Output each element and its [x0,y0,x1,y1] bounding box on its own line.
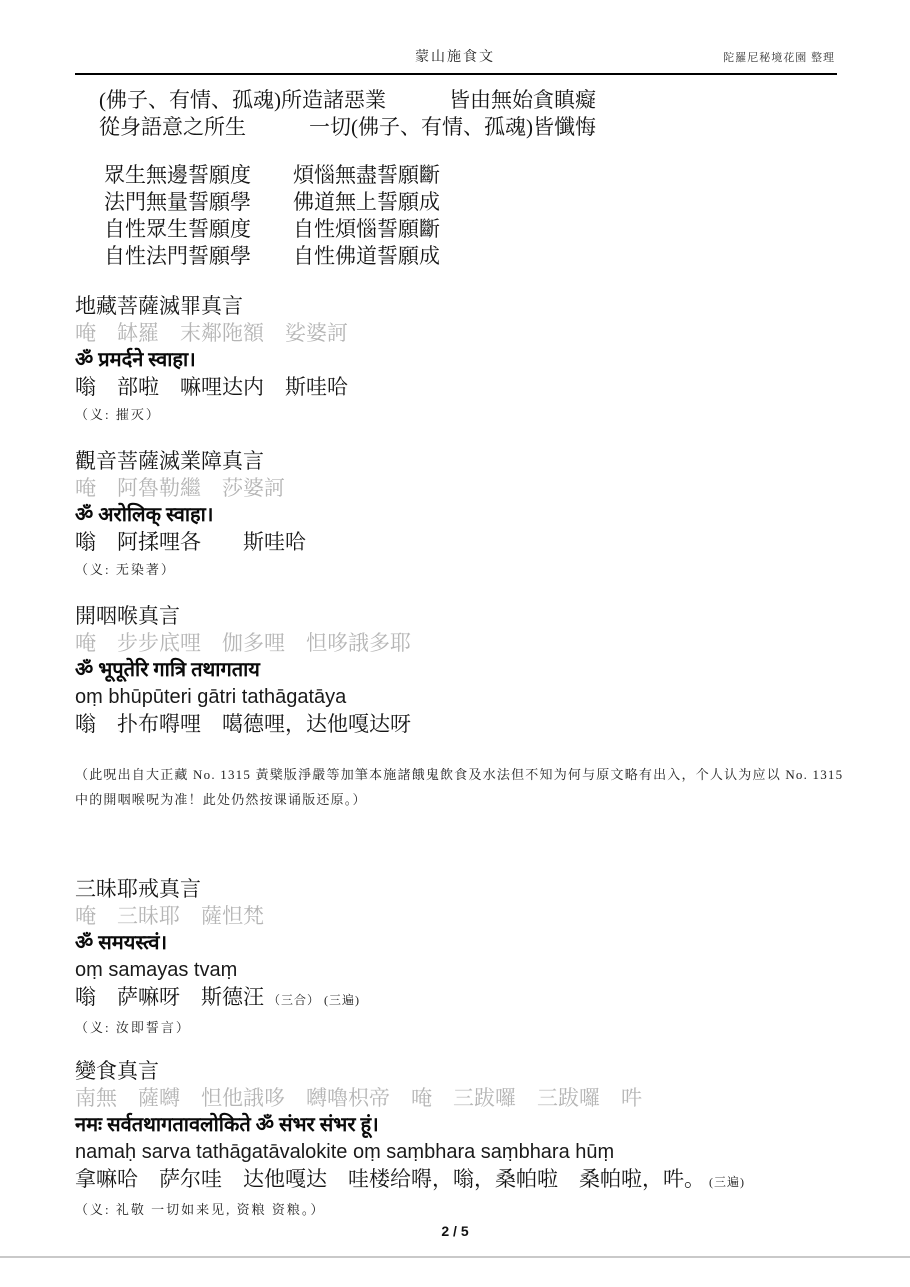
mantra-meaning: （义: 汝即誓言） [75,1016,360,1040]
vow-line-3: 自性眾生誓願度 自性煩惱誓願斷 [104,216,440,243]
mantra-romanization: oṃ bhūpūteri gātri tathāgatāya [75,684,411,711]
mantra-devanagari: ॐ समयस्त्वं। [75,930,360,957]
page-header: 蒙山施食文 陀羅尼秘境花園 整理 [75,46,835,68]
vow-line-4: 自性法門誓願學 自性佛道誓願成 [104,243,440,270]
mantra-meaning: （义: 礼敬 一切如来见, 资粮 资粮。） [75,1198,745,1222]
mantra-romanization: namaḥ sarva tathāgatāvalokite oṃ saṃbhar… [75,1139,745,1166]
mantra-devanagari: नमः सर्वतथागतावलोकिते ॐ संभर संभर हूं। [75,1112,745,1139]
page-number: 2 / 5 [0,1223,910,1239]
mantra-repeat-note: (三遍) [709,1175,745,1189]
mantra-section-dizang: 地藏菩薩滅罪真言 唵 缽羅 末鄰陁額 娑婆訶 ॐ प्रमर्दने स्वाह… [75,293,348,427]
bottom-page-divider [0,1256,910,1258]
mantra-devanagari: ॐ प्रमर्दने स्वाहा। [75,347,348,374]
mantra-devanagari: ॐ भूपूतेरि गात्रि तथागताय [75,657,411,684]
mantra-repeat-note: （三合） (三遍) [268,993,360,1007]
mantra-title: 開咽喉真言 [75,603,411,630]
mantra-reading: 嗡 扑布嘚哩 噶德哩，达他嘎达呀 [75,711,411,738]
mantra-reading: 嗡 萨嘛呀 斯德汪 [75,985,264,1009]
mantra-reading: 嗡 部啦 嘛哩达内 斯哇哈 [75,374,348,401]
mantra-title: 觀音菩薩滅業障真言 [75,448,306,475]
mantra-reading: 拿嘛哈 萨尔哇 达他嘎达 哇楼给嘚，嗡，桑帕啦 桑帕啦，吽。 [75,1167,705,1191]
document-title: 蒙山施食文 [75,46,835,66]
mantra-romanization: oṃ samayas tvaṃ [75,957,360,984]
mantra-title: 地藏菩薩滅罪真言 [75,293,348,320]
mantra-devanagari: ॐ अरोलिक् स्वाहा। [75,502,306,529]
repentance-line-1: (佛子、有情、孤魂)所造諸惡業 皆由無始貪瞋癡 [99,87,596,114]
mantra-meaning: （义: 无染著） [75,558,306,582]
mantra-phonetic-traditional: 唵 缽羅 末鄰陁額 娑婆訶 [75,320,348,347]
mantra-phonetic-traditional: 唵 三昧耶 薩怛梵 [75,903,360,930]
editor-note: （此呪出自大正藏 No. 1315 黃檗版淨嚴等加筆本施諸餓鬼飲食及水法但不知为… [75,762,859,812]
mantra-section-food-transform: 變食真言 南無 薩嚩 怛他誐哆 嚩嚕枳帝 唵 三跋囉 三跋囉 吽 नमः सर्… [75,1058,745,1222]
mantra-reading-line: 嗡 萨嘛呀 斯德汪（三合） (三遍) [75,984,360,1014]
mantra-title: 三昧耶戒真言 [75,876,360,903]
header-rule [75,73,837,75]
document-page: 蒙山施食文 陀羅尼秘境花園 整理 (佛子、有情、孤魂)所造諸惡業 皆由無始貪瞋癡… [0,0,910,1287]
mantra-title: 變食真言 [75,1058,745,1085]
mantra-section-guanyin: 觀音菩薩滅業障真言 唵 阿魯勒繼 莎婆訶 ॐ अरोलिक् स्वाहा। 嗡… [75,448,306,582]
mantra-reading-line: 拿嘛哈 萨尔哇 达他嘎达 哇楼给嘚，嗡，桑帕啦 桑帕啦，吽。(三遍) [75,1166,745,1196]
repentance-verse: (佛子、有情、孤魂)所造諸惡業 皆由無始貪瞋癡 從身語意之所生 一切(佛子、有情… [99,87,596,141]
mantra-phonetic-traditional: 南無 薩嚩 怛他誐哆 嚩嚕枳帝 唵 三跋囉 三跋囉 吽 [75,1085,745,1112]
four-great-vows: 眾生無邊誓願度 煩惱無盡誓願斷 法門無量誓願學 佛道無上誓願成 自性眾生誓願度 … [104,162,440,270]
vow-line-1: 眾生無邊誓願度 煩惱無盡誓願斷 [104,162,440,189]
vow-line-2: 法門無量誓願學 佛道無上誓願成 [104,189,440,216]
mantra-phonetic-traditional: 唵 步步底哩 伽多哩 怛哆誐多耶 [75,630,411,657]
mantra-meaning: （义: 摧灭） [75,403,348,427]
mantra-phonetic-traditional: 唵 阿魯勒繼 莎婆訶 [75,475,306,502]
mantra-reading: 嗡 阿揉哩各 斯哇哈 [75,529,306,556]
mantra-section-samaya: 三昧耶戒真言 唵 三昧耶 薩怛梵 ॐ समयस्त्वं। oṃ samayas… [75,876,360,1040]
repentance-line-2: 從身語意之所生 一切(佛子、有情、孤魂)皆懺悔 [99,114,596,141]
header-attribution: 陀羅尼秘境花園 整理 [723,49,835,65]
mantra-section-open-throat: 開咽喉真言 唵 步步底哩 伽多哩 怛哆誐多耶 ॐ भूपूतेरि गात्रि… [75,603,411,738]
